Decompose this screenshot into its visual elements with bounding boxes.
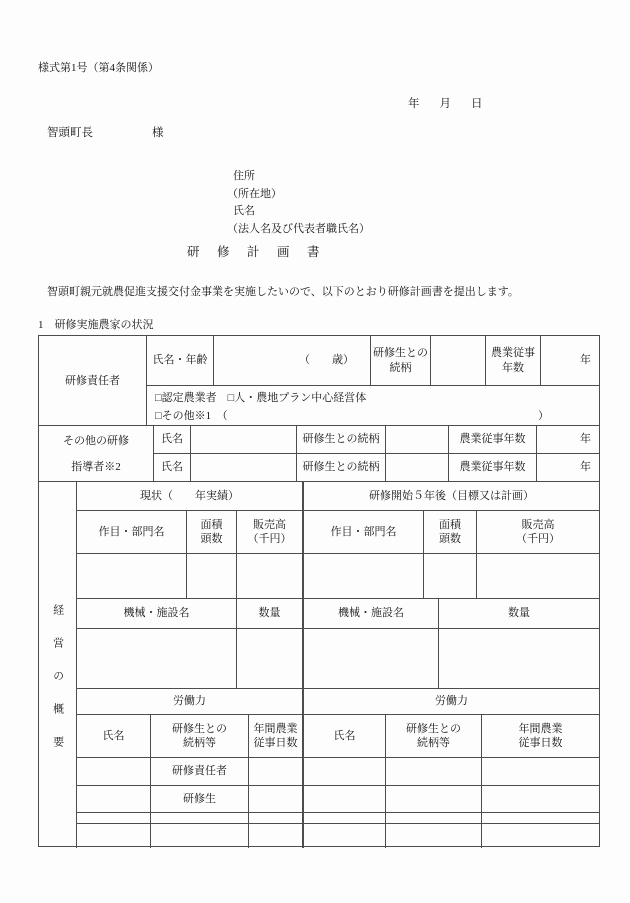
labor-days-input-cell <box>482 758 599 785</box>
labor-relation-value: 研修責任者 <box>151 758 249 785</box>
sales-header: 販売高 （千円） <box>477 511 599 553</box>
sales-input-cell <box>477 554 599 598</box>
labor-name-input-cell <box>77 786 151 812</box>
trainer-section: 研修責任者 氏名・年齢 （ 歳） 研修生との 続柄 農業従事 年数 年 □認定農… <box>39 336 599 426</box>
other-trainer-years-unit: 年 <box>537 426 599 453</box>
labor-header: 労働力 <box>77 689 304 714</box>
date-year-label: 年 <box>408 95 420 111</box>
labor-days-input-cell <box>482 824 599 848</box>
sales-input-cell <box>237 554 304 598</box>
other-trainer-relation-input-cell <box>386 426 449 453</box>
other-trainers-section: その他の研修 指導者※2 氏名 研修生との続柄 農業従事年数 年 氏名 研修生と… <box>39 426 599 482</box>
other-trainer-name-label: 氏名 <box>154 426 191 453</box>
labor-relation-input-cell <box>386 786 482 812</box>
labor-name-input-cell <box>304 758 386 785</box>
area-header: 面積 頭数 <box>187 511 237 553</box>
section1-heading: 1 研修実施農家の状況 <box>38 316 154 332</box>
other-trainer-relation-input-cell <box>386 454 449 481</box>
crop-name-input-cell <box>304 554 424 598</box>
crop-input-row <box>77 554 599 599</box>
form-page: 様式第1号（第4条関係） 年 月 日 智頭町長 様 住所 （所在地） 氏名 （法… <box>0 0 630 903</box>
labor-name-header: 氏名 <box>304 715 386 757</box>
quantity-input-cell <box>237 629 304 688</box>
trainer-name-age-label: 氏名・年齢 <box>147 336 214 385</box>
labor-days-input-cell <box>482 786 599 812</box>
labor-name-input-cell <box>77 758 151 785</box>
other-trainer-name-input-cell <box>191 454 297 481</box>
labor-name-input-cell <box>304 786 386 812</box>
crop-name-header: 作目・部門名 <box>77 511 187 553</box>
labor-days-input-cell <box>249 824 304 848</box>
labor-name-input-cell <box>304 813 386 823</box>
management-side-label: 経営の概要 <box>39 482 77 848</box>
trainer-name-input-cell: （ 歳） <box>214 336 371 385</box>
other-trainer-years-label: 農業従事年数 <box>449 426 537 453</box>
intro-sentence: 智頭町親元就農促進支援交付金事業を実施したいので、以下のとおり研修計画書を提出し… <box>47 283 519 299</box>
applicant-name-label: 氏名 <box>227 203 370 221</box>
labor-relation-value: 研修生 <box>151 786 249 812</box>
honorific: 様 <box>152 124 164 140</box>
trainer-type-cell: □認定農業者 □人・農地プラン中心経営体 □その他※1 （ ） <box>147 386 599 426</box>
labor-name-header: 氏名 <box>77 715 151 757</box>
machine-input-cell <box>77 629 237 688</box>
trainer-years-unit: 年 <box>541 336 599 385</box>
applicant-address-label: 住所 <box>227 168 370 186</box>
labor-relation-header: 研修生との 続柄等 <box>386 715 482 757</box>
trainer-relation-label: 研修生との 続柄 <box>371 336 431 385</box>
crop-name-input-cell <box>77 554 187 598</box>
labor-days-input-cell <box>249 786 304 812</box>
crop-name-header: 作目・部門名 <box>304 511 424 553</box>
current-status-header: 現状（ 年実績） <box>77 482 304 510</box>
quantity-header: 数量 <box>237 599 304 628</box>
labor-days-header: 年間農業 従事日数 <box>249 715 304 757</box>
status-header-row: 現状（ 年実績） 研修開始５年後（目標又は計画） <box>77 482 599 511</box>
crop-header-row: 作目・部門名 面積 頭数 販売高 （千円） 作目・部門名 面積 頭数 販売高 （… <box>77 511 599 554</box>
labor-days-header: 年間農業 従事日数 <box>482 715 599 757</box>
other-trainer-row: 氏名 研修生との続柄 農業従事年数 年 <box>154 426 599 454</box>
date-month-label: 月 <box>440 95 452 111</box>
other-trainer-years-label: 農業従事年数 <box>449 454 537 481</box>
labor-name-input-cell <box>77 813 151 823</box>
trainer-cert-checkbox-line: □認定農業者 □人・農地プラン中心経営体 <box>155 389 599 405</box>
applicant-location-label: （所在地） <box>227 186 370 204</box>
management-section: 経営の概要 現状（ 年実績） 研修開始５年後（目標又は計画） 作目・部門名 面積… <box>39 482 599 848</box>
machine-header: 機械・施設名 <box>77 599 237 628</box>
area-header: 面積 頭数 <box>424 511 477 553</box>
other-trainer-relation-label: 研修生との続柄 <box>297 454 386 481</box>
trainer-other-open: □その他※1 （ <box>155 407 228 423</box>
applicant-block: 住所 （所在地） 氏名 （法人名及び代表者職氏名） <box>227 168 370 238</box>
area-input-cell <box>187 554 237 598</box>
other-trainer-name-input-cell <box>191 426 297 453</box>
labor-row-empty <box>77 813 599 824</box>
other-trainer-relation-label: 研修生との続柄 <box>297 426 386 453</box>
date-day-label: 日 <box>471 95 483 111</box>
labor-subheader-row: 氏名 研修生との 続柄等 年間農業 従事日数 氏名 研修生との 続柄等 年間農業… <box>77 715 599 758</box>
other-trainers-label: その他の研修 指導者※2 <box>39 426 154 481</box>
labor-days-input-cell <box>249 758 304 785</box>
sales-header: 販売高 （千円） <box>237 511 304 553</box>
labor-relation-input-cell <box>386 824 482 848</box>
trainer-label: 研修責任者 <box>39 336 147 426</box>
applicant-corporate-label: （法人名及び代表者職氏名） <box>227 221 370 239</box>
trainer-relation-input-cell <box>431 336 486 385</box>
other-trainer-name-label: 氏名 <box>154 454 191 481</box>
labor-row-responsible: 研修責任者 <box>77 758 599 786</box>
quantity-header: 数量 <box>439 599 599 628</box>
labor-days-input-cell <box>482 813 599 823</box>
labor-relation-input-cell <box>151 824 249 848</box>
area-input-cell <box>424 554 477 598</box>
labor-relation-input-cell <box>386 758 482 785</box>
quantity-input-cell <box>439 629 599 688</box>
labor-row-trainee: 研修生 <box>77 786 599 813</box>
other-trainer-row: 氏名 研修生との続柄 農業従事年数 年 <box>154 454 599 481</box>
document-title: 研修計画書 <box>187 242 337 260</box>
form-number: 様式第1号（第4条関係） <box>38 59 159 75</box>
labor-relation-header: 研修生との 続柄等 <box>151 715 249 757</box>
future-status-header: 研修開始５年後（目標又は計画） <box>304 482 599 510</box>
machine-header: 機械・施設名 <box>304 599 439 628</box>
labor-name-input-cell <box>304 824 386 848</box>
machine-header-row: 機械・施設名 数量 機械・施設名 数量 <box>77 599 599 629</box>
machine-input-cell <box>304 629 439 688</box>
addressee: 智頭町長 <box>47 124 93 140</box>
trainer-other-close: ） <box>538 407 549 423</box>
training-farm-table: 研修責任者 氏名・年齢 （ 歳） 研修生との 続柄 農業従事 年数 年 □認定農… <box>38 335 600 847</box>
labor-header-row: 労働力 労働力 <box>77 689 599 715</box>
trainer-other-checkbox-line: □その他※1 （ ） <box>155 407 599 423</box>
labor-relation-input-cell <box>386 813 482 823</box>
machine-input-row <box>77 629 599 689</box>
labor-relation-input-cell <box>151 813 249 823</box>
labor-row-empty <box>77 824 599 848</box>
labor-header: 労働力 <box>304 689 599 714</box>
date-line: 年 月 日 <box>408 95 483 111</box>
addressee-line: 智頭町長 様 <box>47 124 164 140</box>
labor-days-input-cell <box>249 813 304 823</box>
labor-name-input-cell <box>77 824 151 848</box>
other-trainer-years-unit: 年 <box>537 454 599 481</box>
trainer-years-label: 農業従事 年数 <box>486 336 541 385</box>
